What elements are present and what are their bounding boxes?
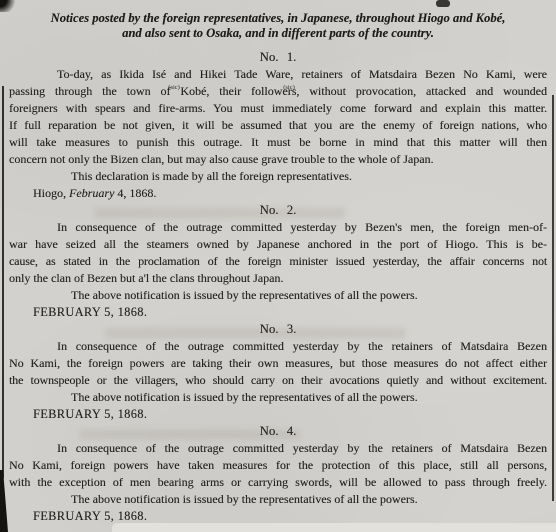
notice-4-attestation: The above notification is issued by the … xyxy=(9,491,547,508)
notice-4-body-line-3: with the exception of men bearing arms o… xyxy=(9,474,547,491)
sic-annotation-1: (sic) xyxy=(120,79,180,96)
document-text-column: Notices posted by the foreign representa… xyxy=(9,11,547,525)
scan-edge-line-left xyxy=(2,86,4,478)
scan-artifact-top-dash xyxy=(436,0,450,7)
notice-1-dateline: Hiogo, February 4, 1868. xyxy=(9,185,547,202)
notice-1-body-line-5: will take measures to punish this outrag… xyxy=(9,134,547,151)
notice-2-body-line-3: cause, as stated in the proclamation of … xyxy=(9,253,547,270)
notice-1-body-line-6: concern not only the Bizen clan, but may… xyxy=(9,151,547,168)
notice-1-line1-c: Ware, retainers of Matsdaira Bezen No Ka… xyxy=(257,67,547,81)
notice-1-number-heading: No. 1. xyxy=(9,49,547,66)
notice-1-body-line-1: To-day, as Ikida(sic) Isé and Hikei Tade… xyxy=(9,66,547,83)
scan-artifact-bottom-left-blob xyxy=(0,470,8,532)
notice-2-attestation: The above notification is issued by the … xyxy=(9,287,547,304)
dateline-month: February xyxy=(69,186,114,200)
notice-1-line1-a: To-day, as xyxy=(57,67,119,81)
notice-4-body-line-1: In consequence of the outrage committed … xyxy=(9,440,547,457)
notice-3-body-line-3: the townspeople or the villagers, who sh… xyxy=(9,372,547,389)
notice-4-number-heading: No. 4. xyxy=(9,423,547,440)
notice-3-body-line-1: In consequence of the outrage committed … xyxy=(9,338,547,355)
document-header-line-2: and also sent to Osaka, and in different… xyxy=(9,26,547,41)
spacer xyxy=(9,41,547,49)
notice-1-body-line-3: foreigners with spears and fire-arms. Yo… xyxy=(9,100,547,117)
notice-3-body-line-2: No Kami, the foreign powers are taking t… xyxy=(9,355,547,372)
notice-2-number-heading: No. 2. xyxy=(9,202,547,219)
scanned-document-page: Notices posted by the foreign representa… xyxy=(0,0,556,532)
dateline-rest: 4, 1868. xyxy=(114,186,156,200)
notice-1-body-line-4: If full reparation be not given, it will… xyxy=(9,117,547,134)
scan-edge-line-right xyxy=(552,95,554,501)
notice-2-body-line-4: only the clan of Bezen but a'l the clans… xyxy=(9,270,547,287)
notice-4-body-line-2: No Kami, foreign powers have taken measu… xyxy=(9,457,547,474)
notice-1-attestation: This declaration is made by all the fore… xyxy=(9,168,547,185)
notice-2-body-line-1: In consequence of the outrage committed … xyxy=(9,219,547,236)
notice-3-dateline: FEBRUARY 5, 1868. xyxy=(9,406,547,423)
notice-2-dateline: FEBRUARY 5, 1868. xyxy=(9,304,547,321)
notice-3-attestation: The above notification is issued by the … xyxy=(9,389,547,406)
notice-4-dateline: FEBRUARY 5, 1868. xyxy=(9,508,547,525)
sic-annotation-2: (sic) xyxy=(235,79,295,96)
document-header-line-1: Notices posted by the foreign representa… xyxy=(9,11,547,26)
notice-1-sic-word-2: Tade(sic) xyxy=(234,67,257,81)
notice-2-body-line-2: war have seized all the steamers owned b… xyxy=(9,236,547,253)
notice-1-sic-word-1: Ikida(sic) xyxy=(119,67,144,81)
dateline-place: Hiogo, xyxy=(33,186,69,200)
notice-3-number-heading: No. 3. xyxy=(9,321,547,338)
